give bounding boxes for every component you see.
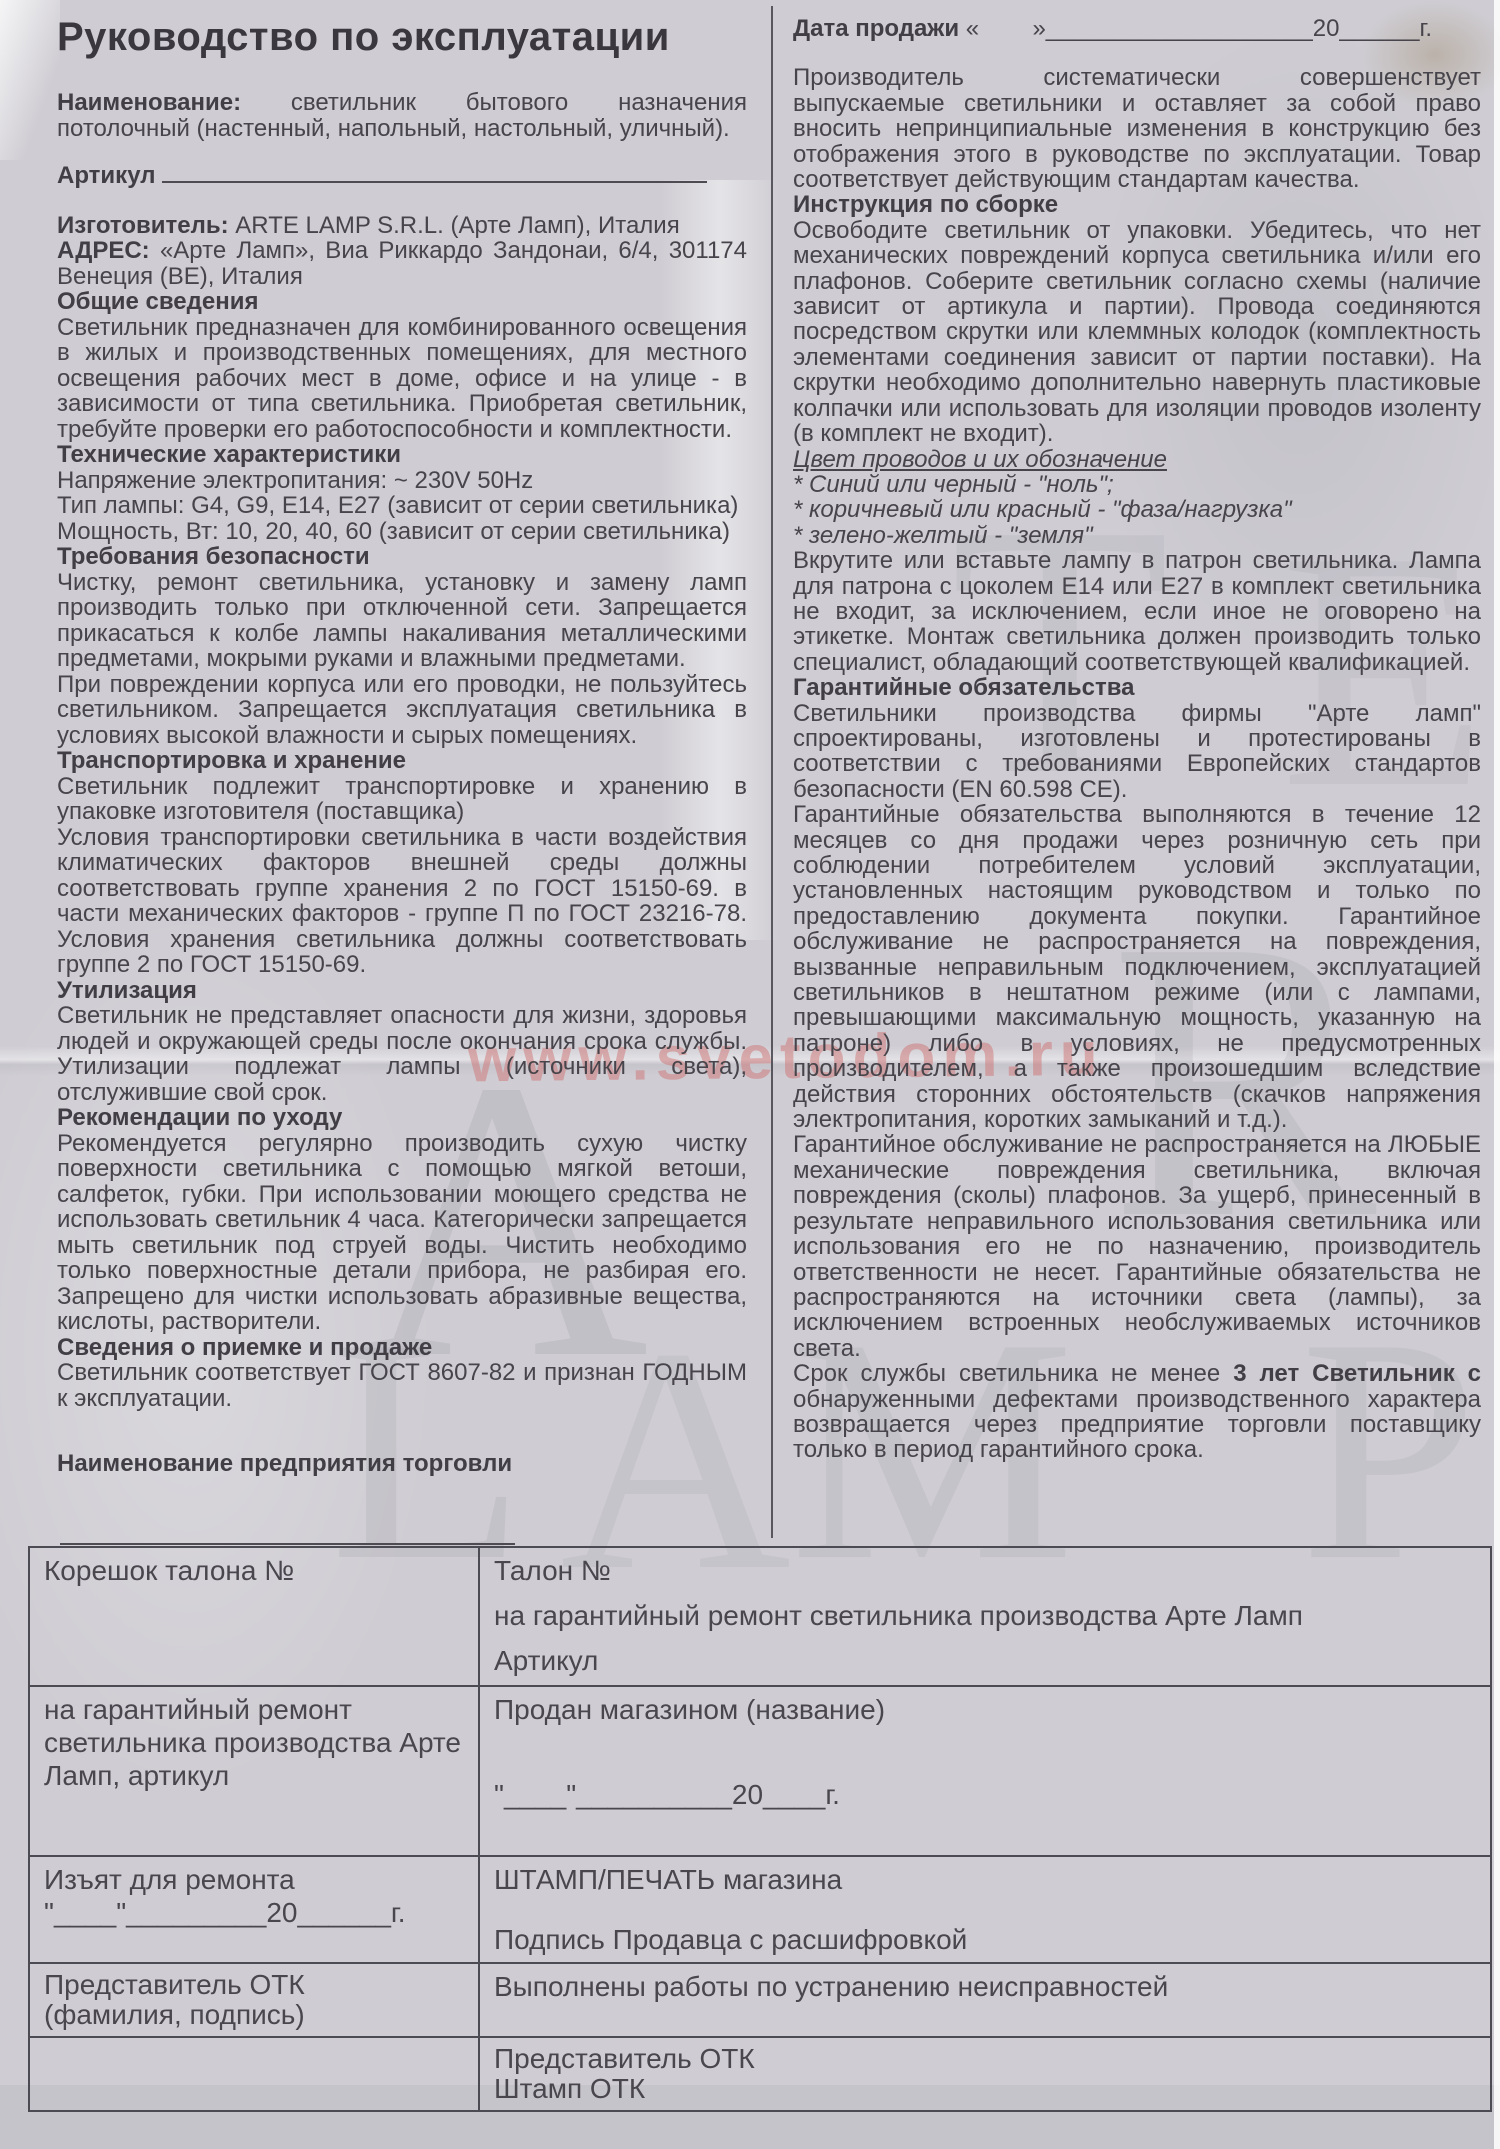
table-row: на гарантийный ремонт светильника произв…: [29, 1686, 1491, 1856]
paragraph: Гарантийное обслуживание не распространя…: [793, 1132, 1481, 1361]
empty-cell: [29, 2037, 479, 2111]
table-row: Представитель ОТК Штамп ОТК: [29, 2037, 1491, 2111]
coupon-stub-cell: Корешок талона №: [29, 1547, 479, 1686]
sold-by-shop-cell: Продан магазином (название) "____"______…: [479, 1686, 1491, 1856]
section-heading: Утилизация: [57, 978, 747, 1004]
paragraph: Гарантийные обязательства выполняются в …: [793, 802, 1481, 1132]
warranty-coupon-table: Корешок талона № Талон № на гарантийный …: [28, 1546, 1492, 2112]
sale-date-row: Дата продажи « »____________________20__…: [793, 16, 1481, 41]
qc-representative-cell: Представитель ОТК (фамилия, подпись): [29, 1963, 479, 2037]
page-title: Руководство по эксплуатации: [57, 14, 747, 60]
paragraph: Светильник не представляет опасности для…: [57, 1003, 747, 1105]
section-heading: Сведения о приемке и продаже: [57, 1335, 747, 1361]
paragraph: Светильники производства фирмы "Арте лам…: [793, 701, 1481, 803]
service-life-paragraph: Срок службы светильника не менее 3 лет С…: [793, 1361, 1481, 1463]
paragraph: Вкрутите или вставьте лампу в патрон све…: [793, 548, 1481, 675]
section-heading: Общие сведения: [57, 289, 747, 315]
work-done-cell: Выполнены работы по устранению неисправн…: [479, 1963, 1491, 2037]
trade-enterprise-heading: Наименование предприятия торговли: [57, 1451, 747, 1477]
paragraph: Производитель систематически совершенств…: [793, 65, 1481, 192]
section-heading: Технические характеристики: [57, 442, 747, 468]
wire-color-line: * коричневый или красный - "фаза/нагрузк…: [793, 497, 1481, 522]
table-row: Представитель ОТК (фамилия, подпись) Вып…: [29, 1963, 1491, 2037]
right-column: Дата продажи « »____________________20__…: [793, 16, 1481, 1463]
paragraph: Рекомендуется регулярно производить суху…: [57, 1131, 747, 1335]
section-heading: Требования безопасности: [57, 544, 747, 570]
wire-color-line: * зелено-желтый - "земля": [793, 523, 1481, 548]
paragraph: Светильник соответствует ГОСТ 8607-82 и …: [57, 1360, 747, 1411]
repair-date-blank: "____"_________20______г.: [44, 1896, 464, 1929]
spec-line: Напряжение электропитания: ~ 230V 50Hz: [57, 468, 747, 494]
left-column: Руководство по эксплуатации Наименование…: [57, 10, 747, 1545]
table-row: Изъят для ремонта "____"_________20_____…: [29, 1856, 1491, 1963]
trade-enterprise-blank-line: [60, 1541, 515, 1545]
artikul-row: Артикул: [57, 159, 747, 189]
qc-stamp-cell: Представитель ОТК Штамп ОТК: [479, 2037, 1491, 2111]
wire-color-line: * Синий или черный - "ноль";: [793, 472, 1481, 497]
stub-repair-cell: на гарантийный ремонт светильника произв…: [29, 1686, 479, 1856]
paragraph: Условия транспортировки светильника в ча…: [57, 825, 747, 978]
scanned-manual-page: { "watermark": { "url_text": "www.svetod…: [0, 0, 1500, 2149]
paragraph: При повреждении корпуса или его проводки…: [57, 672, 747, 749]
artikul-blank-line: [162, 159, 707, 183]
product-name-paragraph: Наименование: светильник бытового назнач…: [57, 90, 747, 141]
paragraph: Освободите светильник от упаковки. Убеди…: [793, 218, 1481, 447]
wire-colors-heading: Цвет проводов и их обозначение: [793, 447, 1481, 472]
spec-line: Мощность, Вт: 10, 20, 40, 60 (зависит от…: [57, 519, 747, 545]
section-heading: Инструкция по сборке: [793, 192, 1481, 217]
manufacturer-row: Изготовитель: ARTE LAMP S.R.L. (Арте Лам…: [57, 213, 747, 239]
section-heading: Рекомендации по уходу: [57, 1105, 747, 1131]
address-row: АДРЕС: «Арте Ламп», Виа Риккардо Зандона…: [57, 238, 747, 289]
coupon-cell: Талон № на гарантийный ремонт светильник…: [479, 1547, 1491, 1686]
paragraph: Светильник подлежит транспортировке и хр…: [57, 774, 747, 825]
sale-date-blank: "____"__________20____г.: [494, 1778, 1476, 1811]
paragraph: Светильник предназначен для комбинирован…: [57, 315, 747, 443]
section-heading: Транспортировка и хранение: [57, 748, 747, 774]
withdrawn-for-repair-cell: Изъят для ремонта "____"_________20_____…: [29, 1856, 479, 1963]
table-row: Корешок талона № Талон № на гарантийный …: [29, 1547, 1491, 1686]
shop-stamp-cell: ШТАМП/ПЕЧАТЬ магазина Подпись Продавца с…: [479, 1856, 1491, 1963]
paper-edge: [1494, 0, 1500, 2149]
spec-line: Тип лампы: G4, G9, E14, E27 (зависит от …: [57, 493, 747, 519]
paper-shading: [0, 0, 60, 160]
section-heading: Гарантийные обязательства: [793, 675, 1481, 700]
paragraph: Чистку, ремонт светильника, установку и …: [57, 570, 747, 672]
column-divider-line: [771, 6, 773, 1538]
